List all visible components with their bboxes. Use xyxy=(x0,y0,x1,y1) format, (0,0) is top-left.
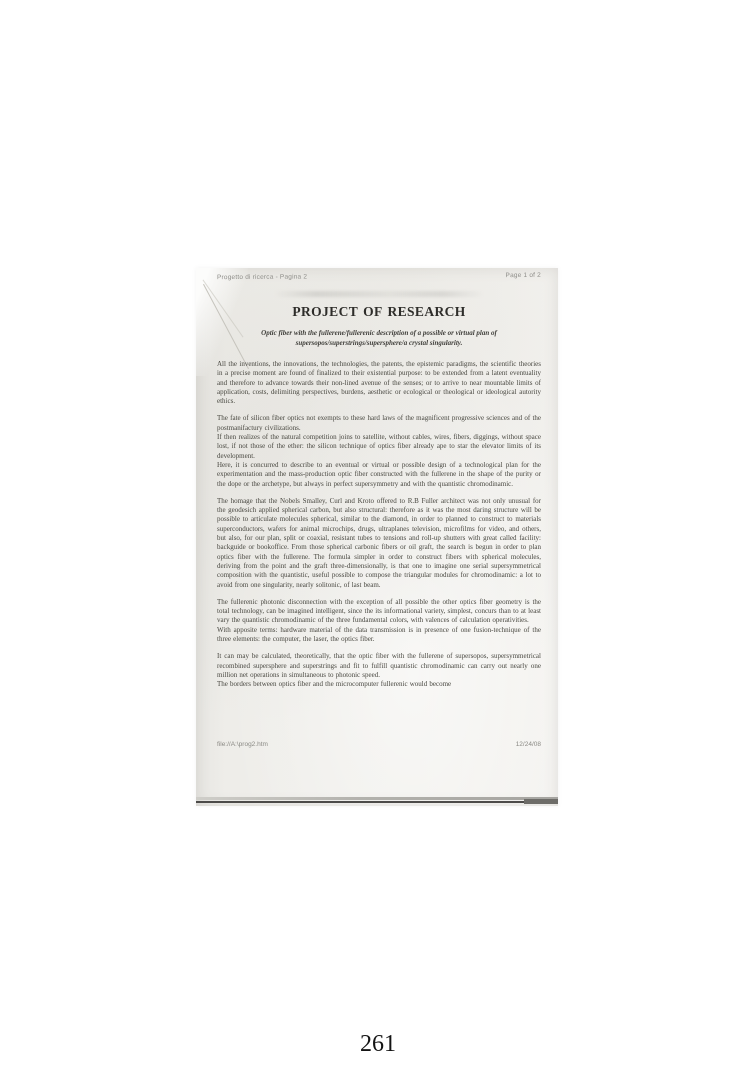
faint-pencil-smudge xyxy=(274,291,484,297)
book-page-number: 261 xyxy=(0,1031,756,1058)
scanner-edge-dark-line xyxy=(196,801,558,803)
document-subtitle: Optic fiber with the fullerene/fullereni… xyxy=(217,329,541,348)
print-header-left: Progetto di ricerca - Pagina 2 xyxy=(217,274,307,282)
scanned-document-page: Progetto di ricerca - Pagina 2 Page 1 of… xyxy=(196,268,558,806)
print-header: Progetto di ricerca - Pagina 2 Page 1 of… xyxy=(217,272,541,281)
footer-date: 12/24/08 xyxy=(516,741,541,748)
document-body: All the inventions, the innovations, the… xyxy=(217,360,541,690)
document-title: PROJECT OF RESEARCH xyxy=(217,304,541,320)
scanner-edge-light-line xyxy=(196,797,558,800)
print-header-right: Page 1 of 2 xyxy=(506,272,542,279)
paragraph: It can may be calculated, theoretically,… xyxy=(217,652,541,689)
paragraph: The fate of silicon fiber optics not exe… xyxy=(217,414,541,488)
scanner-edge-blob xyxy=(524,799,558,804)
print-footer: file://A:\prog2.htm 12/24/08 xyxy=(217,741,541,748)
footer-file-path: file://A:\prog2.htm xyxy=(217,741,268,748)
scan-content: Progetto di ricerca - Pagina 2 Page 1 of… xyxy=(196,268,558,806)
paragraph: The homage that the Nobels Smalley, Curl… xyxy=(217,497,541,590)
paragraph: The fullerenic photonic disconnection wi… xyxy=(217,598,541,644)
paragraph: All the inventions, the innovations, the… xyxy=(217,360,541,406)
